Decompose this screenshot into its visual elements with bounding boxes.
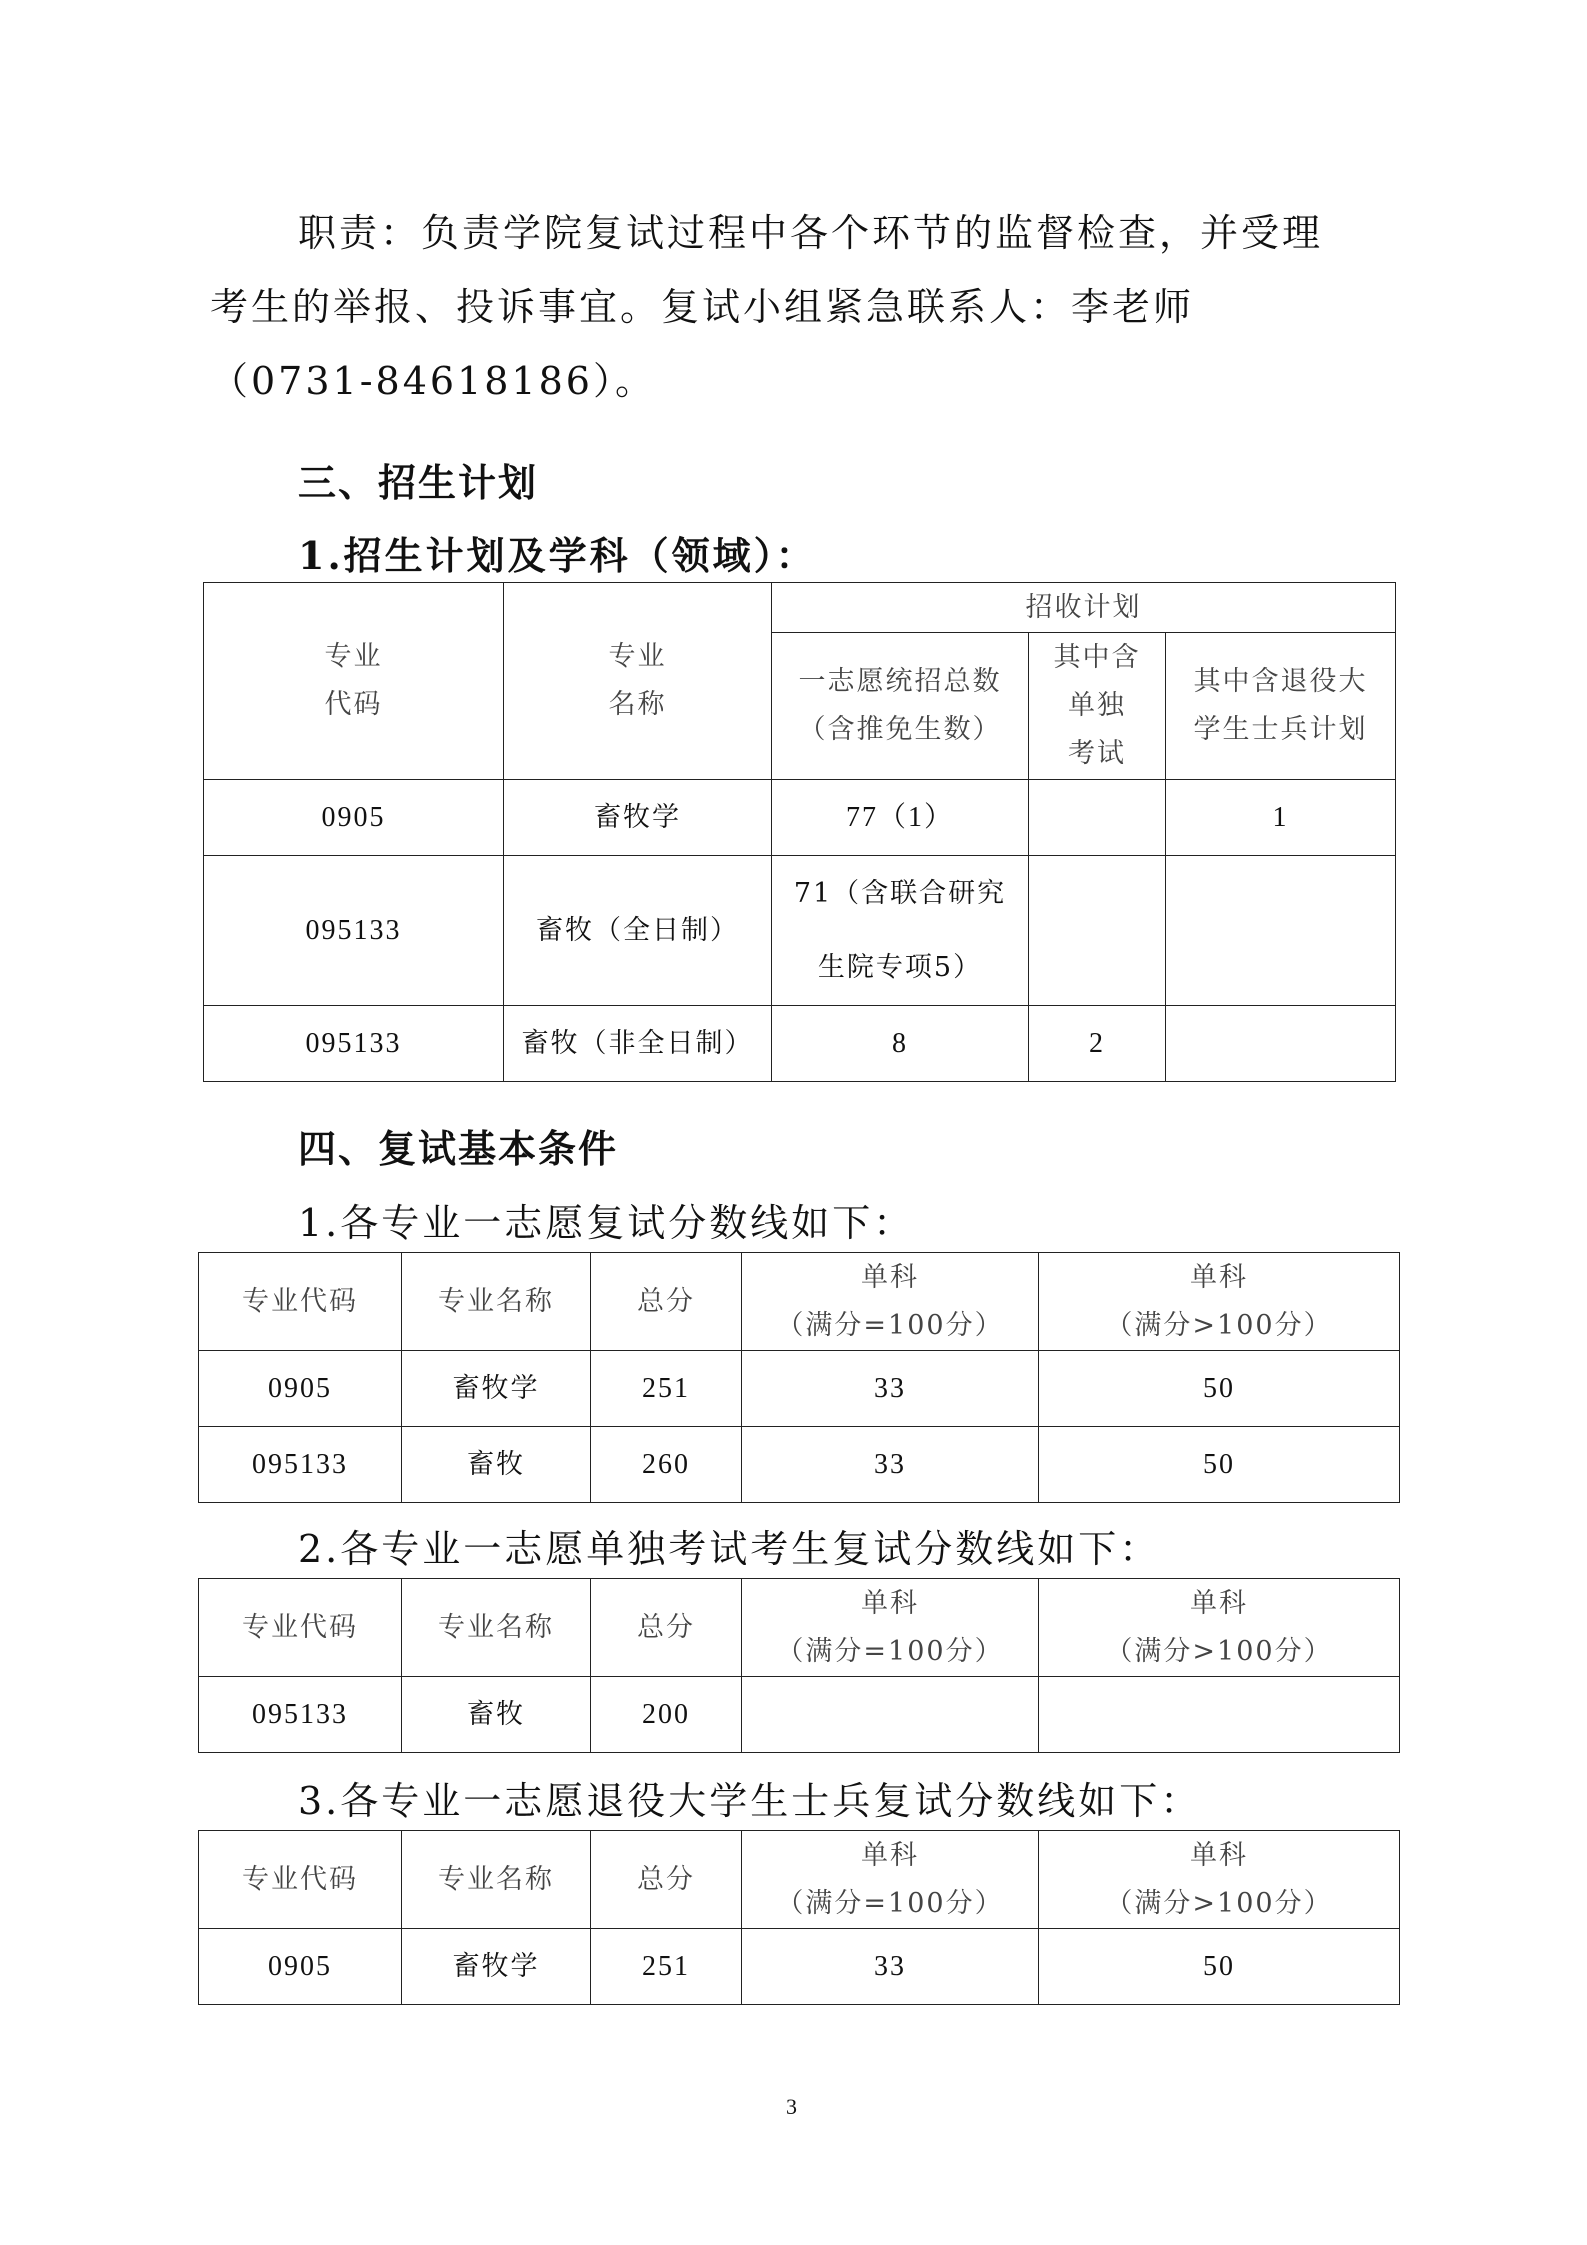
cell-total: 251 (591, 1351, 742, 1427)
table-row: 0905 畜牧学 77（1） 1 (204, 780, 1396, 856)
header-plan: 招收计划 (772, 583, 1396, 633)
score-table-3-title: 3.各专业一志愿退役大学生士兵复试分数线如下： (298, 1770, 1201, 1825)
header-total: 总分 (591, 1831, 742, 1929)
cell-single: 2 (1029, 1006, 1166, 1082)
header-single-gt-line1: 单科 (1039, 1254, 1399, 1302)
header-single-gt: 单科 （满分>100分） (1039, 1579, 1400, 1677)
cell-code: 095133 (204, 856, 504, 1006)
header-single-eq-line1: 单科 (742, 1832, 1038, 1880)
cell-veteran (1166, 856, 1396, 1006)
cell-single (1029, 856, 1166, 1006)
section-3-sub1-title: 1.招生计划及学科（领域）： (298, 525, 817, 580)
header-code: 专业代码 (199, 1253, 402, 1351)
section-3-title: 三、招生计划 (298, 452, 538, 507)
section-4-title: 四、复试基本条件 (298, 1118, 618, 1173)
cell-code: 0905 (204, 780, 504, 856)
intro-line-2: 考生的举报、投诉事宜。复试小组紧急联系人：李老师 (210, 270, 1390, 344)
header-total: 总分 (591, 1253, 742, 1351)
cell-name: 畜牧学 (402, 1929, 591, 2005)
header-total-line2: （含推免生数） (772, 706, 1028, 754)
cell-single-eq (742, 1677, 1039, 1753)
cell-code: 095133 (199, 1677, 402, 1753)
score-table-2-title: 2.各专业一志愿单独考试考生复试分数线如下： (298, 1518, 1160, 1573)
header-code: 专业 代码 (204, 583, 504, 780)
header-name-line1: 专业 (504, 633, 771, 681)
intro-line-3: （0731-84618186）。 (210, 344, 1390, 418)
header-name: 专业名称 (402, 1253, 591, 1351)
header-single-eq-line1: 单科 (742, 1254, 1038, 1302)
table-row: 095133 畜牧（全日制） 71（含联合研究 生院专项5） (204, 856, 1396, 1006)
cell-total: 251 (591, 1929, 742, 2005)
table-row: 095133 畜牧 200 (199, 1677, 1400, 1753)
page-number: 3 (786, 2094, 797, 2120)
header-single-eq-line2: （满分=100分） (742, 1628, 1038, 1676)
table-row: 095133 畜牧 260 33 50 (199, 1427, 1400, 1503)
score-table-1: 专业代码 专业名称 总分 单科 （满分=100分） 单科 （满分>100分） 0… (198, 1252, 1400, 1503)
header-single-line2: 单独 (1029, 682, 1165, 730)
cell-code: 095133 (204, 1006, 504, 1082)
cell-single-eq: 33 (742, 1929, 1039, 2005)
header-single-gt-line1: 单科 (1039, 1832, 1399, 1880)
cell-name: 畜牧 (402, 1677, 591, 1753)
table-row: 0905 畜牧学 251 33 50 (199, 1929, 1400, 2005)
cell-total-line2: 生院专项5） (772, 931, 1028, 1005)
cell-single-gt (1039, 1677, 1400, 1753)
header-veteran-line1: 其中含退役大 (1166, 658, 1395, 706)
cell-veteran (1166, 1006, 1396, 1082)
header-single-eq: 单科 （满分=100分） (742, 1579, 1039, 1677)
cell-total: 71（含联合研究 生院专项5） (772, 856, 1029, 1006)
header-code: 专业代码 (199, 1831, 402, 1929)
cell-total: 260 (591, 1427, 742, 1503)
header-total: 一志愿统招总数 （含推免生数） (772, 633, 1029, 780)
cell-total-line1: 71（含联合研究 (772, 857, 1028, 931)
enrollment-plan-table: 专业 代码 专业 名称 招收计划 一志愿统招总数 （含推免生数） 其中含 单独 … (203, 582, 1396, 1082)
cell-single-gt: 50 (1039, 1929, 1400, 2005)
header-total-line1: 一志愿统招总数 (772, 658, 1028, 706)
header-single-gt-line1: 单科 (1039, 1580, 1399, 1628)
intro-text-1: 职责：负责学院复试过程中各个环节的监督检查，并受理 (298, 211, 1323, 255)
cell-name: 畜牧（非全日制） (504, 1006, 772, 1082)
header-single-eq-line2: （满分=100分） (742, 1880, 1038, 1928)
header-single-gt: 单科 （满分>100分） (1039, 1253, 1400, 1351)
table-row: 0905 畜牧学 251 33 50 (199, 1351, 1400, 1427)
header-single-line1: 其中含 (1029, 634, 1165, 682)
score-table-3: 专业代码 专业名称 总分 单科 （满分=100分） 单科 （满分>100分） 0… (198, 1830, 1400, 2005)
cell-single-gt: 50 (1039, 1351, 1400, 1427)
score-table-2: 专业代码 专业名称 总分 单科 （满分=100分） 单科 （满分>100分） 0… (198, 1578, 1400, 1753)
cell-name: 畜牧学 (402, 1351, 591, 1427)
intro-paragraph: 职责：负责学院复试过程中各个环节的监督检查，并受理 考生的举报、投诉事宜。复试小… (210, 196, 1390, 418)
cell-name: 畜牧（全日制） (504, 856, 772, 1006)
cell-single-gt: 50 (1039, 1427, 1400, 1503)
header-name-line2: 名称 (504, 681, 771, 729)
header-total: 总分 (591, 1579, 742, 1677)
header-veteran-line2: 学生士兵计划 (1166, 706, 1395, 754)
cell-single-eq: 33 (742, 1427, 1039, 1503)
cell-code: 0905 (199, 1351, 402, 1427)
header-single: 其中含 单独 考试 (1029, 633, 1166, 780)
header-veteran: 其中含退役大 学生士兵计划 (1166, 633, 1396, 780)
cell-name: 畜牧 (402, 1427, 591, 1503)
header-single-gt-line2: （满分>100分） (1039, 1880, 1399, 1928)
header-single-line3: 考试 (1029, 730, 1165, 778)
cell-single (1029, 780, 1166, 856)
header-single-gt-line2: （满分>100分） (1039, 1302, 1399, 1350)
header-single-eq-line1: 单科 (742, 1580, 1038, 1628)
header-single-eq-line2: （满分=100分） (742, 1302, 1038, 1350)
intro-line-1: 职责：负责学院复试过程中各个环节的监督检查，并受理 (210, 196, 1390, 270)
header-code: 专业代码 (199, 1579, 402, 1677)
cell-total: 77（1） (772, 780, 1029, 856)
table-row: 095133 畜牧（非全日制） 8 2 (204, 1006, 1396, 1082)
cell-total: 8 (772, 1006, 1029, 1082)
header-single-gt-line2: （满分>100分） (1039, 1628, 1399, 1676)
cell-veteran: 1 (1166, 780, 1396, 856)
header-name: 专业名称 (402, 1579, 591, 1677)
score-table-1-title: 1.各专业一志愿复试分数线如下： (298, 1192, 914, 1247)
cell-code: 095133 (199, 1427, 402, 1503)
cell-name: 畜牧学 (504, 780, 772, 856)
cell-single-eq: 33 (742, 1351, 1039, 1427)
header-single-gt: 单科 （满分>100分） (1039, 1831, 1400, 1929)
header-code-line2: 代码 (204, 681, 503, 729)
header-name: 专业 名称 (504, 583, 772, 780)
cell-total: 200 (591, 1677, 742, 1753)
cell-code: 0905 (199, 1929, 402, 2005)
header-name: 专业名称 (402, 1831, 591, 1929)
header-single-eq: 单科 （满分=100分） (742, 1253, 1039, 1351)
header-single-eq: 单科 （满分=100分） (742, 1831, 1039, 1929)
header-code-line1: 专业 (204, 633, 503, 681)
